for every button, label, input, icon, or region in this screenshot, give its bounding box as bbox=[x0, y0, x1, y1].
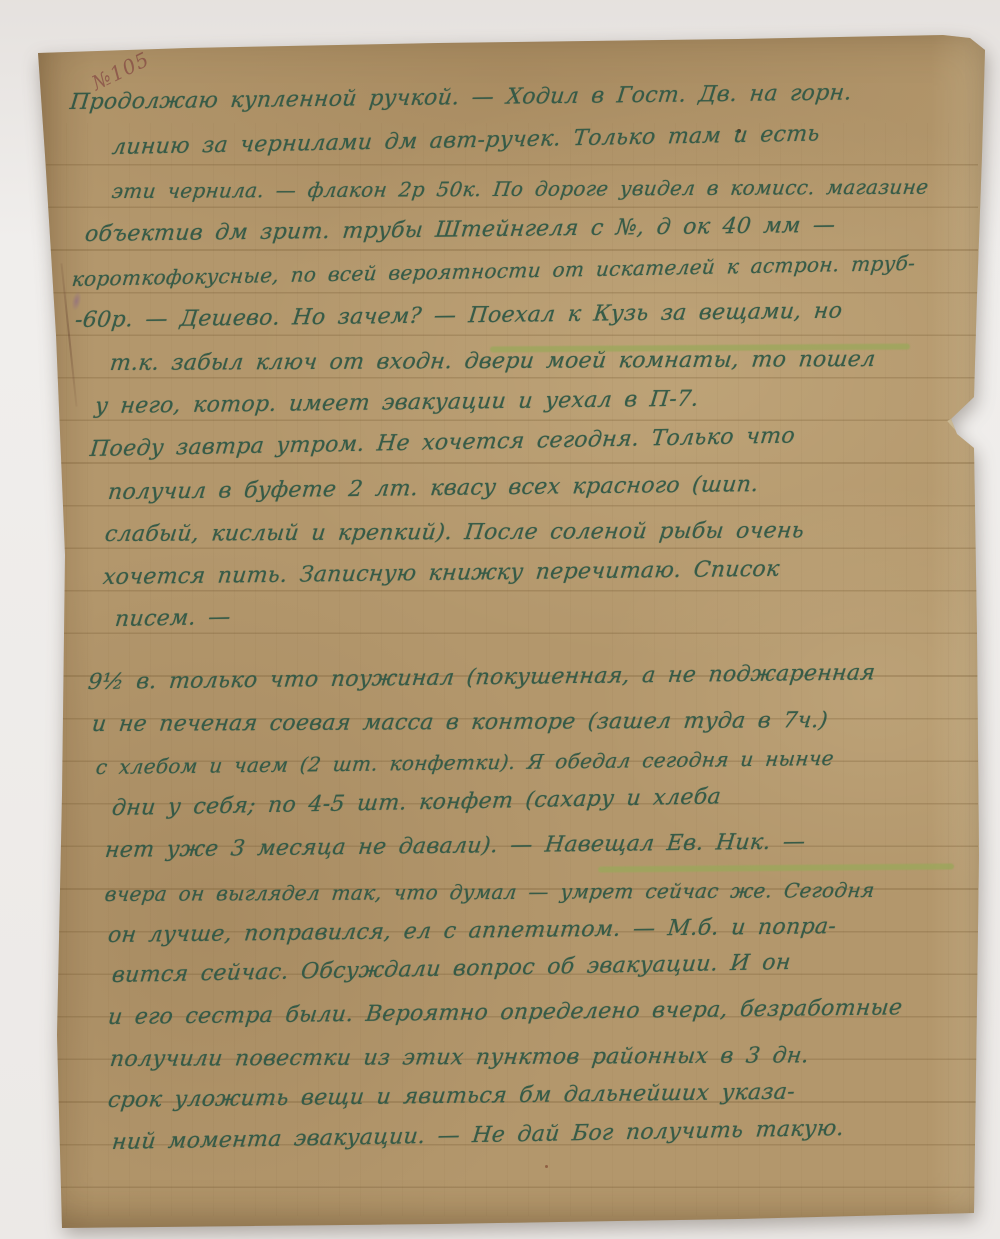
handwriting-line: Продолжаю купленной ручкой. — Ходил в Го… bbox=[69, 80, 854, 116]
page-number: №105 bbox=[88, 47, 153, 95]
handwriting-line: вится сейчас. Обсуждали вопрос об эвакуа… bbox=[111, 950, 792, 989]
handwriting-line: объектив дм зрит. трубы Штейнгеля с №, д… bbox=[84, 213, 837, 248]
handwriting-line: хочется пить. Записную книжку перечитаю.… bbox=[102, 557, 781, 591]
torn-edge-notch bbox=[940, 403, 980, 453]
handwriting-line: нет уже 3 месяца не давали). — Навещал Е… bbox=[104, 829, 807, 864]
handwriting-line: писем. — bbox=[114, 605, 232, 633]
handwriting-line: ний момента эвакуации. — Не дай Бог полу… bbox=[111, 1116, 846, 1156]
photo-background: №105 Продолжаю купленной ручкой. — Ходил… bbox=[0, 0, 1000, 1239]
handwriting-line: с хлебом и чаем (2 шт. конфетки). Я обед… bbox=[95, 745, 836, 780]
paper-speck bbox=[545, 1165, 548, 1168]
handwriting-line: срок уложить вещи и явиться бм дальнейши… bbox=[107, 1080, 797, 1114]
paper-sheet: №105 Продолжаю купленной ручкой. — Ходил… bbox=[38, 35, 988, 1228]
handwriting-line: и его сестра были. Вероятно определено в… bbox=[107, 995, 904, 1031]
handwriting-line: Поеду завтра утром. Не хочется сегодня. … bbox=[89, 423, 797, 462]
handwriting-line: он лучше, поправился, ел с аппетитом. — … bbox=[107, 914, 838, 949]
handwriting-line: вчера он выглядел так, что думал — умрет… bbox=[103, 877, 876, 907]
handwriting-line: дни у себя; по 4-5 шт. конфет (сахару и … bbox=[111, 784, 723, 822]
handwriting-line: короткофокусные, по всей вероятности от … bbox=[71, 250, 917, 292]
handwriting-line: 9½ в. только что поужинал (покушенная, а… bbox=[87, 660, 877, 696]
underline-mark-2 bbox=[598, 863, 954, 872]
handwriting-line: у него, котор. имеет эвакуации и уехал в… bbox=[94, 387, 701, 420]
handwriting-line: получил в буфете 2 лт. квасу всех красно… bbox=[107, 472, 760, 506]
handwriting-line: получили повестки из этих пунктов районн… bbox=[108, 1043, 810, 1073]
handwriting-line: т.к. забыл ключ от входн. двери моей ком… bbox=[108, 347, 876, 377]
manuscript-page: №105 Продолжаю купленной ручкой. — Ходил… bbox=[38, 35, 988, 1228]
handwriting-line: линию за чернилами дм авт-ручек. Только … bbox=[111, 121, 821, 161]
handwriting-line: слабый, кислый и крепкий). После соленой… bbox=[103, 518, 805, 548]
handwriting-line: и не печеная соевая масса в конторе (заш… bbox=[90, 708, 829, 738]
handwriting-line: эти чернила. — флакон 2р 50к. По дороге … bbox=[110, 174, 929, 204]
handwriting-line: -60р. — Дешево. Но зачем? — Поехал к Куз… bbox=[74, 299, 844, 334]
